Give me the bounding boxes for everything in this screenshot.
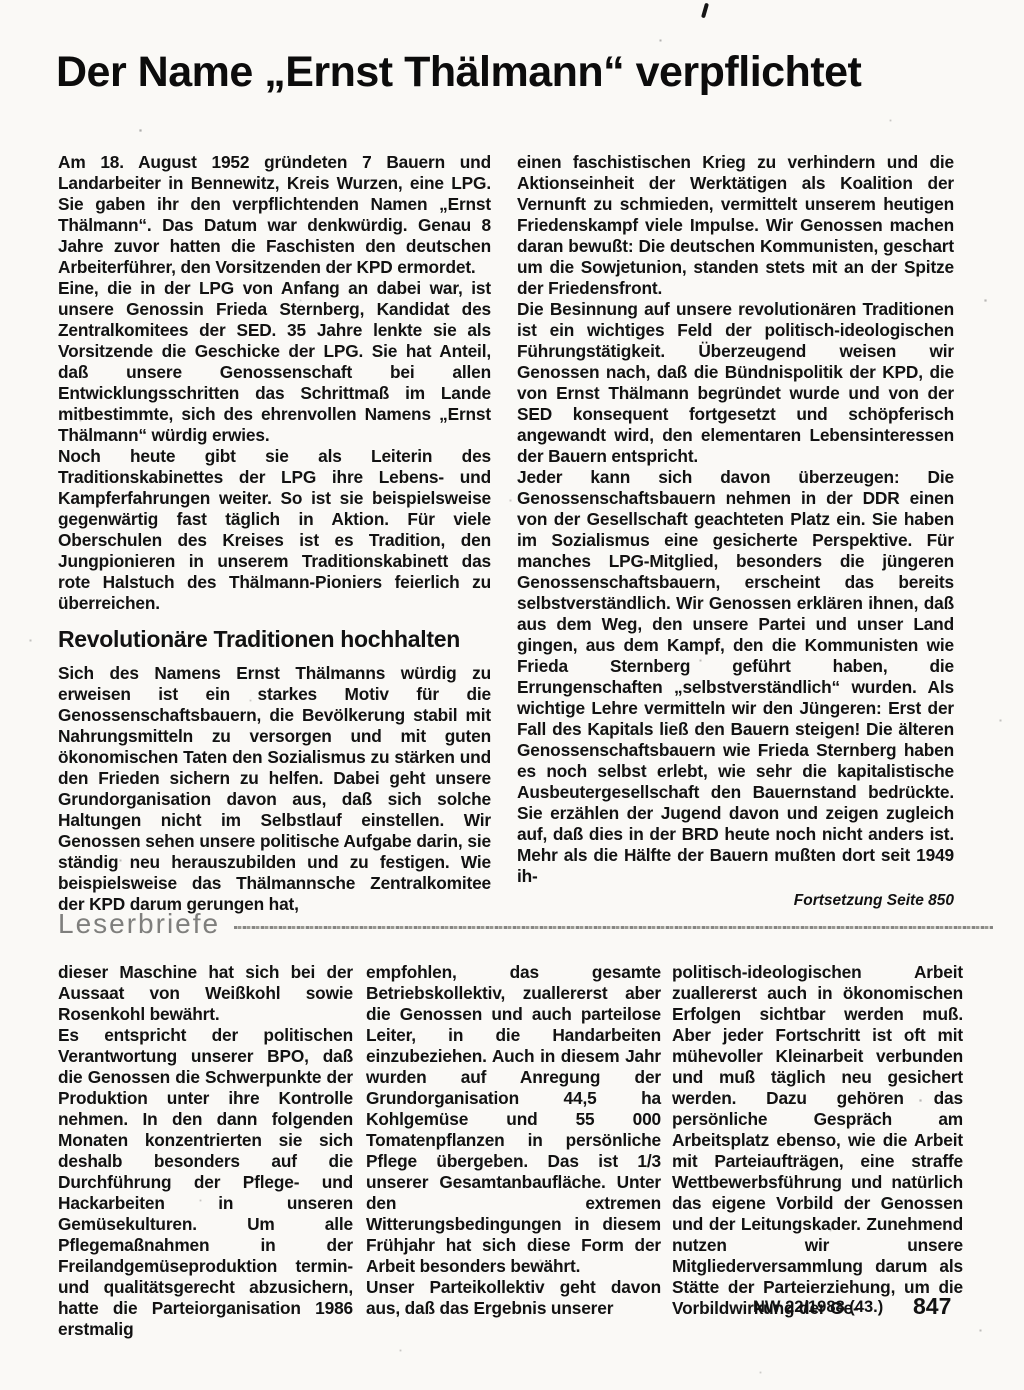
section-subheading: Revolutionäre Traditionen hochhalten bbox=[58, 629, 491, 650]
letters-column-3: politisch-ideologischen Arbeit zuallerer… bbox=[672, 962, 963, 1319]
journal-issue: NW 22/1988 (43.) bbox=[753, 1298, 883, 1317]
letters-section-header: Leserbriefe bbox=[58, 906, 993, 942]
scanned-magazine-page: Der Name „Ernst Thälmann“ verpflichtet A… bbox=[0, 0, 1024, 1390]
article-right-column: einen faschistischen Krieg zu verhindern… bbox=[517, 152, 954, 911]
letter-paragraph: politisch-ideologischen Arbeit zuallerer… bbox=[672, 962, 963, 1319]
article-paragraph: Jeder kann sich davon überzeugen: Die Ge… bbox=[517, 467, 954, 887]
letters-heading: Leserbriefe bbox=[58, 908, 220, 940]
page-title: Der Name „Ernst Thälmann“ verpflichtet bbox=[56, 48, 861, 97]
article-paragraph: Am 18. August 1952 gründeten 7 Bauern un… bbox=[58, 152, 491, 278]
scan-noise bbox=[0, 0, 1, 1]
scan-artifact bbox=[701, 3, 709, 19]
article-paragraph: Noch heute gibt sie als Leiterin des Tra… bbox=[58, 446, 491, 614]
article-paragraph: Die Besinnung auf unsere revolutionären … bbox=[517, 299, 954, 467]
page-number: 847 bbox=[913, 1293, 951, 1320]
decorative-rule bbox=[234, 926, 993, 929]
article-left-column: Am 18. August 1952 gründeten 7 Bauern un… bbox=[58, 152, 491, 915]
article-paragraph: einen faschistischen Krieg zu verhindern… bbox=[517, 152, 954, 299]
letter-paragraph: Unser Parteikollektiv geht davon aus, da… bbox=[366, 1277, 661, 1319]
letter-paragraph: dieser Maschine hat sich bei der Aussaat… bbox=[58, 962, 353, 1025]
article-paragraph: Eine, die in der LPG von Anfang an dabei… bbox=[58, 278, 491, 446]
letters-column-1: dieser Maschine hat sich bei der Aussaat… bbox=[58, 962, 353, 1340]
letter-paragraph: empfohlen, das gesamte Betriebskollektiv… bbox=[366, 962, 661, 1277]
letters-column-2: empfohlen, das gesamte Betriebskollektiv… bbox=[366, 962, 661, 1319]
letter-paragraph: Es entspricht der politischen Verantwort… bbox=[58, 1025, 353, 1340]
article-paragraph: Sich des Namens Ernst Thälmanns würdig z… bbox=[58, 663, 491, 915]
